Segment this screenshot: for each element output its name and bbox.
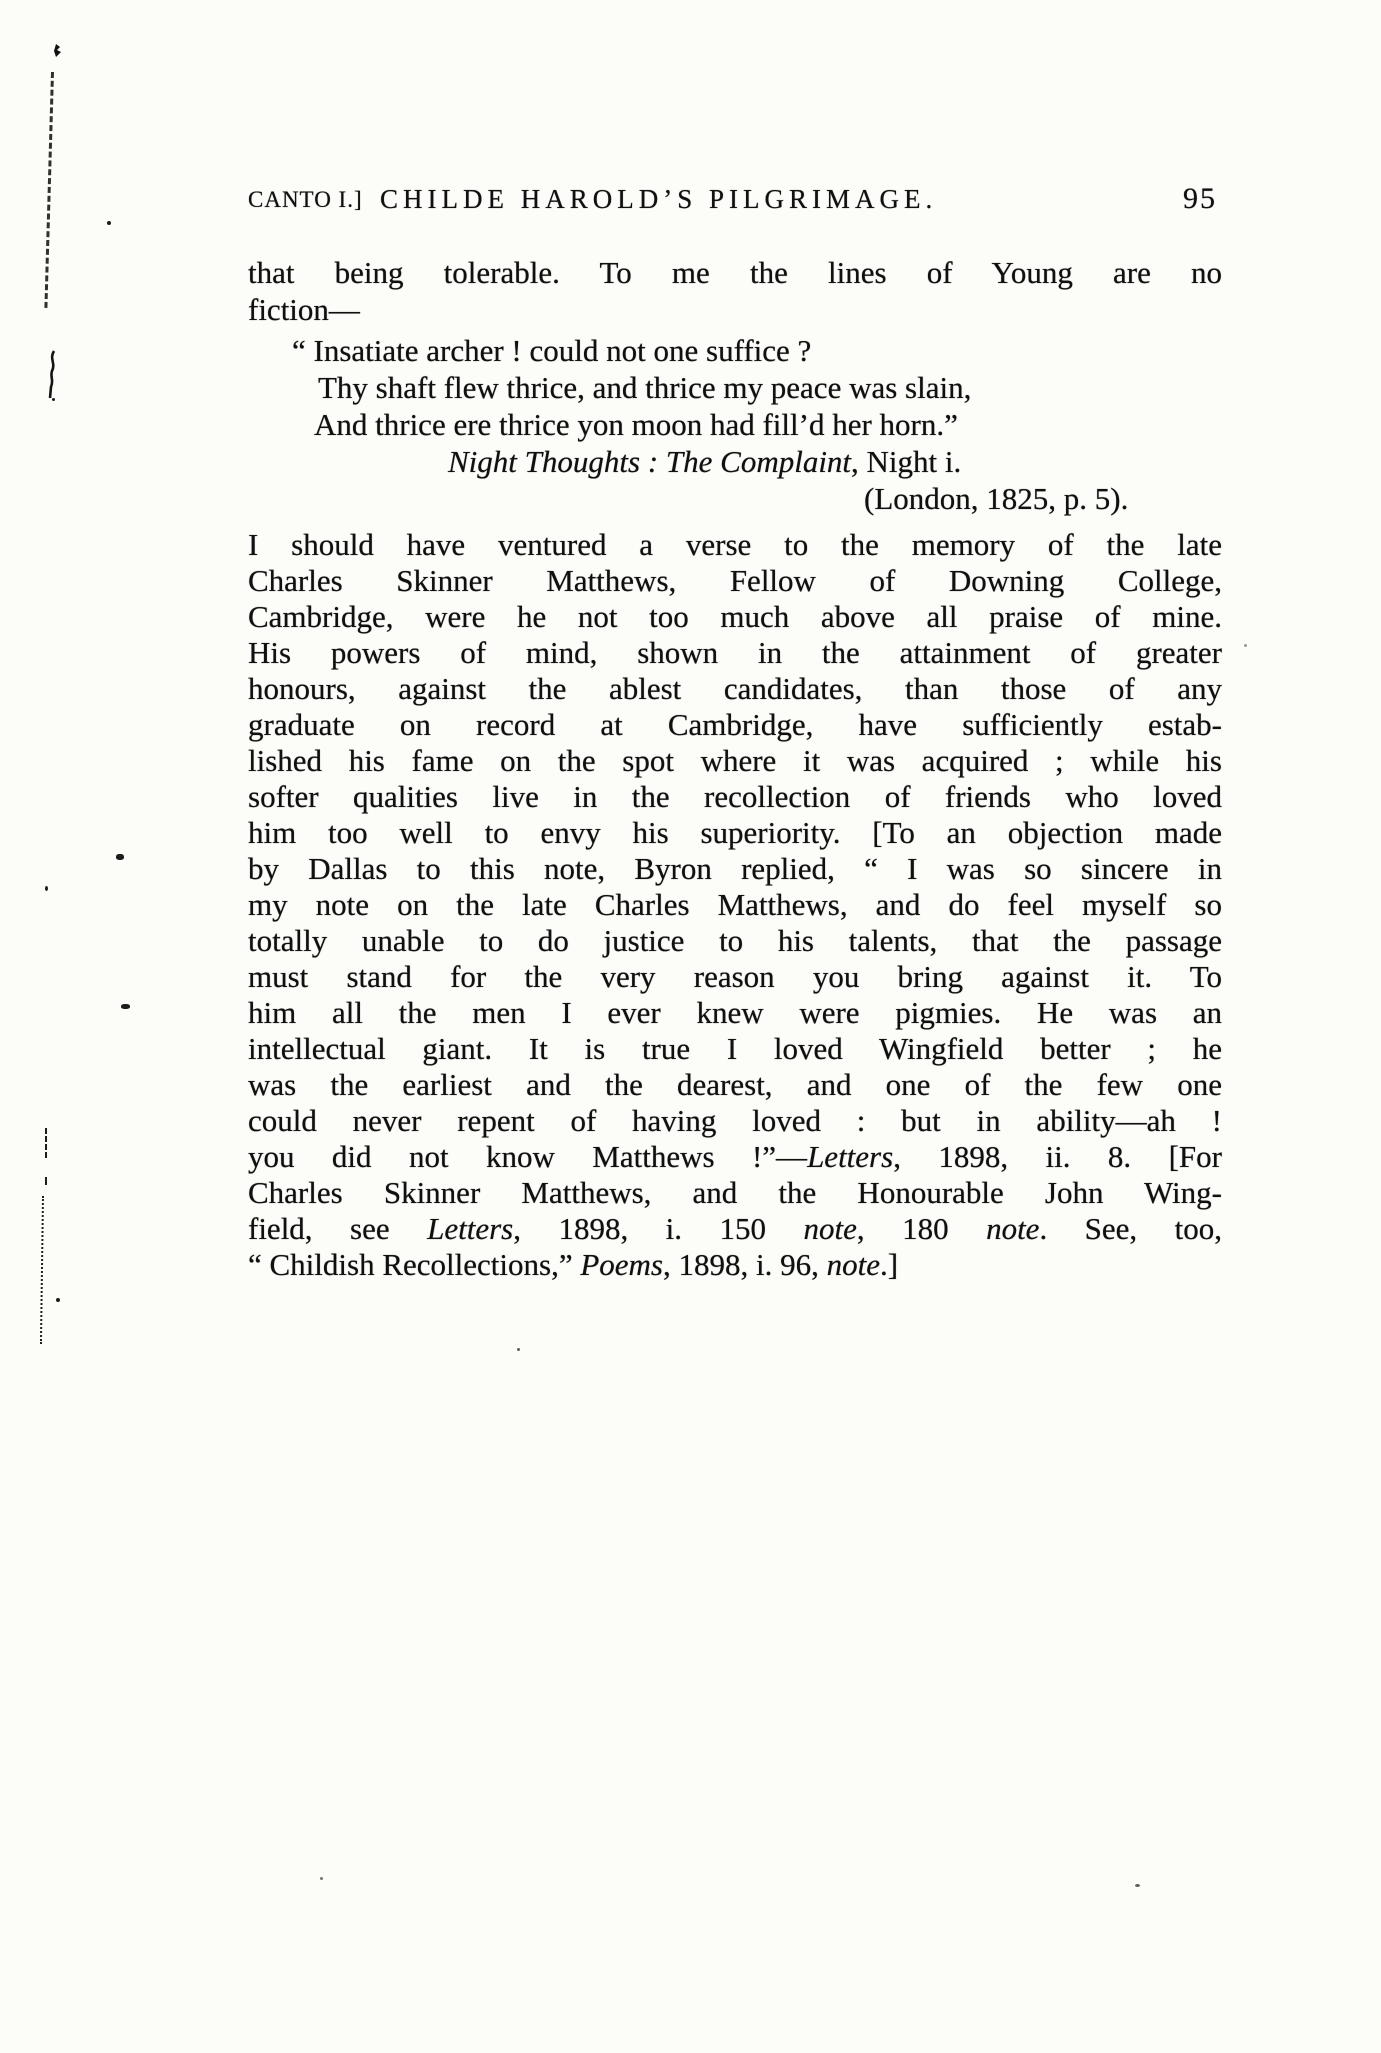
text-line: Cambridge, were he not too much above al…	[248, 599, 1222, 635]
text-segment: Charles Skinner Matthews, Fellow of Down…	[248, 563, 1222, 598]
scan-artifact-dot	[45, 886, 48, 891]
scan-artifact-dashes	[44, 72, 54, 308]
text-segment: field, see	[248, 1211, 427, 1246]
page-number: 95	[1183, 182, 1217, 216]
text-segment: intellectual giant. It is true I loved W…	[248, 1031, 1222, 1066]
text-line: I should have ventured a verse to the me…	[248, 527, 1222, 563]
italic-text-segment: note	[827, 1247, 880, 1282]
text-segment: you did not know Matthews !”—	[248, 1139, 807, 1174]
verse-quote: “ Insatiate archer ! could not one suffi…	[248, 332, 1222, 517]
verse-line: And thrice ere thrice yon moon had fill’…	[314, 406, 1222, 443]
italic-text-segment: note	[986, 1211, 1039, 1246]
text-line: intellectual giant. It is true I loved W…	[248, 1031, 1222, 1067]
text-line: His powers of mind, shown in the attainm…	[248, 635, 1222, 671]
note-paragraph: I should have ventured a verse to the me…	[248, 527, 1222, 1283]
italic-text-segment: Letters	[807, 1139, 893, 1174]
text-segment: , Night i.	[851, 444, 961, 479]
scan-artifact-blob	[116, 854, 124, 860]
scan-artifact-speck	[320, 1877, 323, 1880]
text-segment: Cambridge, were he not too much above al…	[248, 599, 1222, 634]
text-segment: .]	[880, 1247, 898, 1282]
text-line: by Dallas to this note, Byron replied, “…	[248, 851, 1222, 887]
verse-imprint: (London, 1825, p. 5).	[864, 480, 1222, 517]
text-line: fiction—	[248, 291, 1222, 328]
text-segment: softer qualities live in the recollectio…	[248, 779, 1222, 814]
text-segment: him all the men I ever knew were pigmies…	[248, 995, 1222, 1030]
text-line: field, see Letters, 1898, i. 150 note, 1…	[248, 1211, 1222, 1247]
verse-attribution: Night Thoughts : The Complaint, Night i.	[448, 443, 1222, 480]
text-segment: totally unable to do justice to his tale…	[248, 923, 1222, 958]
text-line: him too well to envy his superiority. [T…	[248, 815, 1222, 851]
text-line: must stand for the very reason you bring…	[248, 959, 1222, 995]
scan-artifact-blob	[121, 1004, 130, 1009]
italic-text-segment: note	[803, 1211, 856, 1246]
text-line: softer qualities live in the recollectio…	[248, 779, 1222, 815]
text-segment: . See, too,	[1039, 1211, 1222, 1246]
text-segment: by Dallas to this note, Byron replied, “…	[248, 851, 1222, 886]
text-line: totally unable to do justice to his tale…	[248, 923, 1222, 959]
italic-text-segment: Poems	[580, 1247, 663, 1282]
scan-artifact-speck	[1135, 1884, 1140, 1887]
italic-text-segment: Letters	[427, 1211, 513, 1246]
text-segment: honours, against the ablest candidates, …	[248, 671, 1222, 706]
text-segment: lished his fame on the spot where it was…	[248, 743, 1222, 778]
scan-artifact-dashes	[45, 1128, 47, 1158]
text-segment: I should have ventured a verse to the me…	[248, 527, 1222, 562]
text-line: honours, against the ablest candidates, …	[248, 671, 1222, 707]
text-line: him all the men I ever knew were pigmies…	[248, 995, 1222, 1031]
scan-artifact-dot	[52, 398, 55, 401]
scan-artifact-speck	[56, 1298, 60, 1302]
book-page: CANTO I.] CHILDE HAROLD’S PILGRIMAGE. 95…	[0, 0, 1381, 2053]
scan-artifact-dash	[45, 1177, 47, 1185]
text-line: you did not know Matthews !”—Letters, 18…	[248, 1139, 1222, 1175]
scan-artifact-speck	[1244, 644, 1247, 647]
scan-artifact-dotted-line	[40, 1196, 44, 1344]
text-segment: Charles Skinner Matthews, and the Honour…	[248, 1175, 1222, 1210]
scan-artifact-squiggle	[45, 349, 61, 401]
text-line: “ Childish Recollections,” Poems, 1898, …	[248, 1247, 1222, 1283]
text-segment: him too well to envy his superiority. [T…	[248, 815, 1222, 850]
verse-line: “ Insatiate archer ! could not one suffi…	[292, 332, 1222, 369]
text-segment: , 1898, i. 150	[513, 1211, 803, 1246]
running-head-canto: CANTO I.]	[248, 187, 363, 213]
text-line: could never repent of having loved : but…	[248, 1103, 1222, 1139]
scan-artifact-dot	[107, 221, 111, 225]
text-line: my note on the late Charles Matthews, an…	[248, 887, 1222, 923]
text-segment: , 1898, i. 96,	[663, 1247, 827, 1282]
text-segment: , 180	[857, 1211, 986, 1246]
text-line: Charles Skinner Matthews, Fellow of Down…	[248, 563, 1222, 599]
text-segment: , 1898, ii. 8. [For	[893, 1139, 1222, 1174]
italic-text-segment: Night Thoughts : The Complaint	[448, 444, 851, 479]
text-line: graduate on record at Cambridge, have su…	[248, 707, 1222, 743]
running-head-title: CHILDE HAROLD’S PILGRIMAGE.	[380, 184, 937, 215]
text-segment: was the earliest and the dearest, and on…	[248, 1067, 1222, 1102]
verse-line: Thy shaft flew thrice, and thrice my pea…	[318, 369, 1222, 406]
intro-paragraph: that being tolerable. To me the lines of…	[248, 254, 1222, 328]
text-segment: “ Childish Recollections,”	[248, 1247, 580, 1282]
scan-artifact-blob	[50, 42, 64, 60]
text-segment: must stand for the very reason you bring…	[248, 959, 1222, 994]
text-line: lished his fame on the spot where it was…	[248, 743, 1222, 779]
text-segment: my note on the late Charles Matthews, an…	[248, 887, 1222, 922]
text-line: was the earliest and the dearest, and on…	[248, 1067, 1222, 1103]
scan-artifact-speck	[517, 1348, 520, 1351]
text-line: that being tolerable. To me the lines of…	[248, 254, 1222, 291]
text-line: Charles Skinner Matthews, and the Honour…	[248, 1175, 1222, 1211]
text-segment: graduate on record at Cambridge, have su…	[248, 707, 1222, 742]
text-segment: could never repent of having loved : but…	[248, 1103, 1222, 1138]
text-segment: His powers of mind, shown in the attainm…	[248, 635, 1222, 670]
